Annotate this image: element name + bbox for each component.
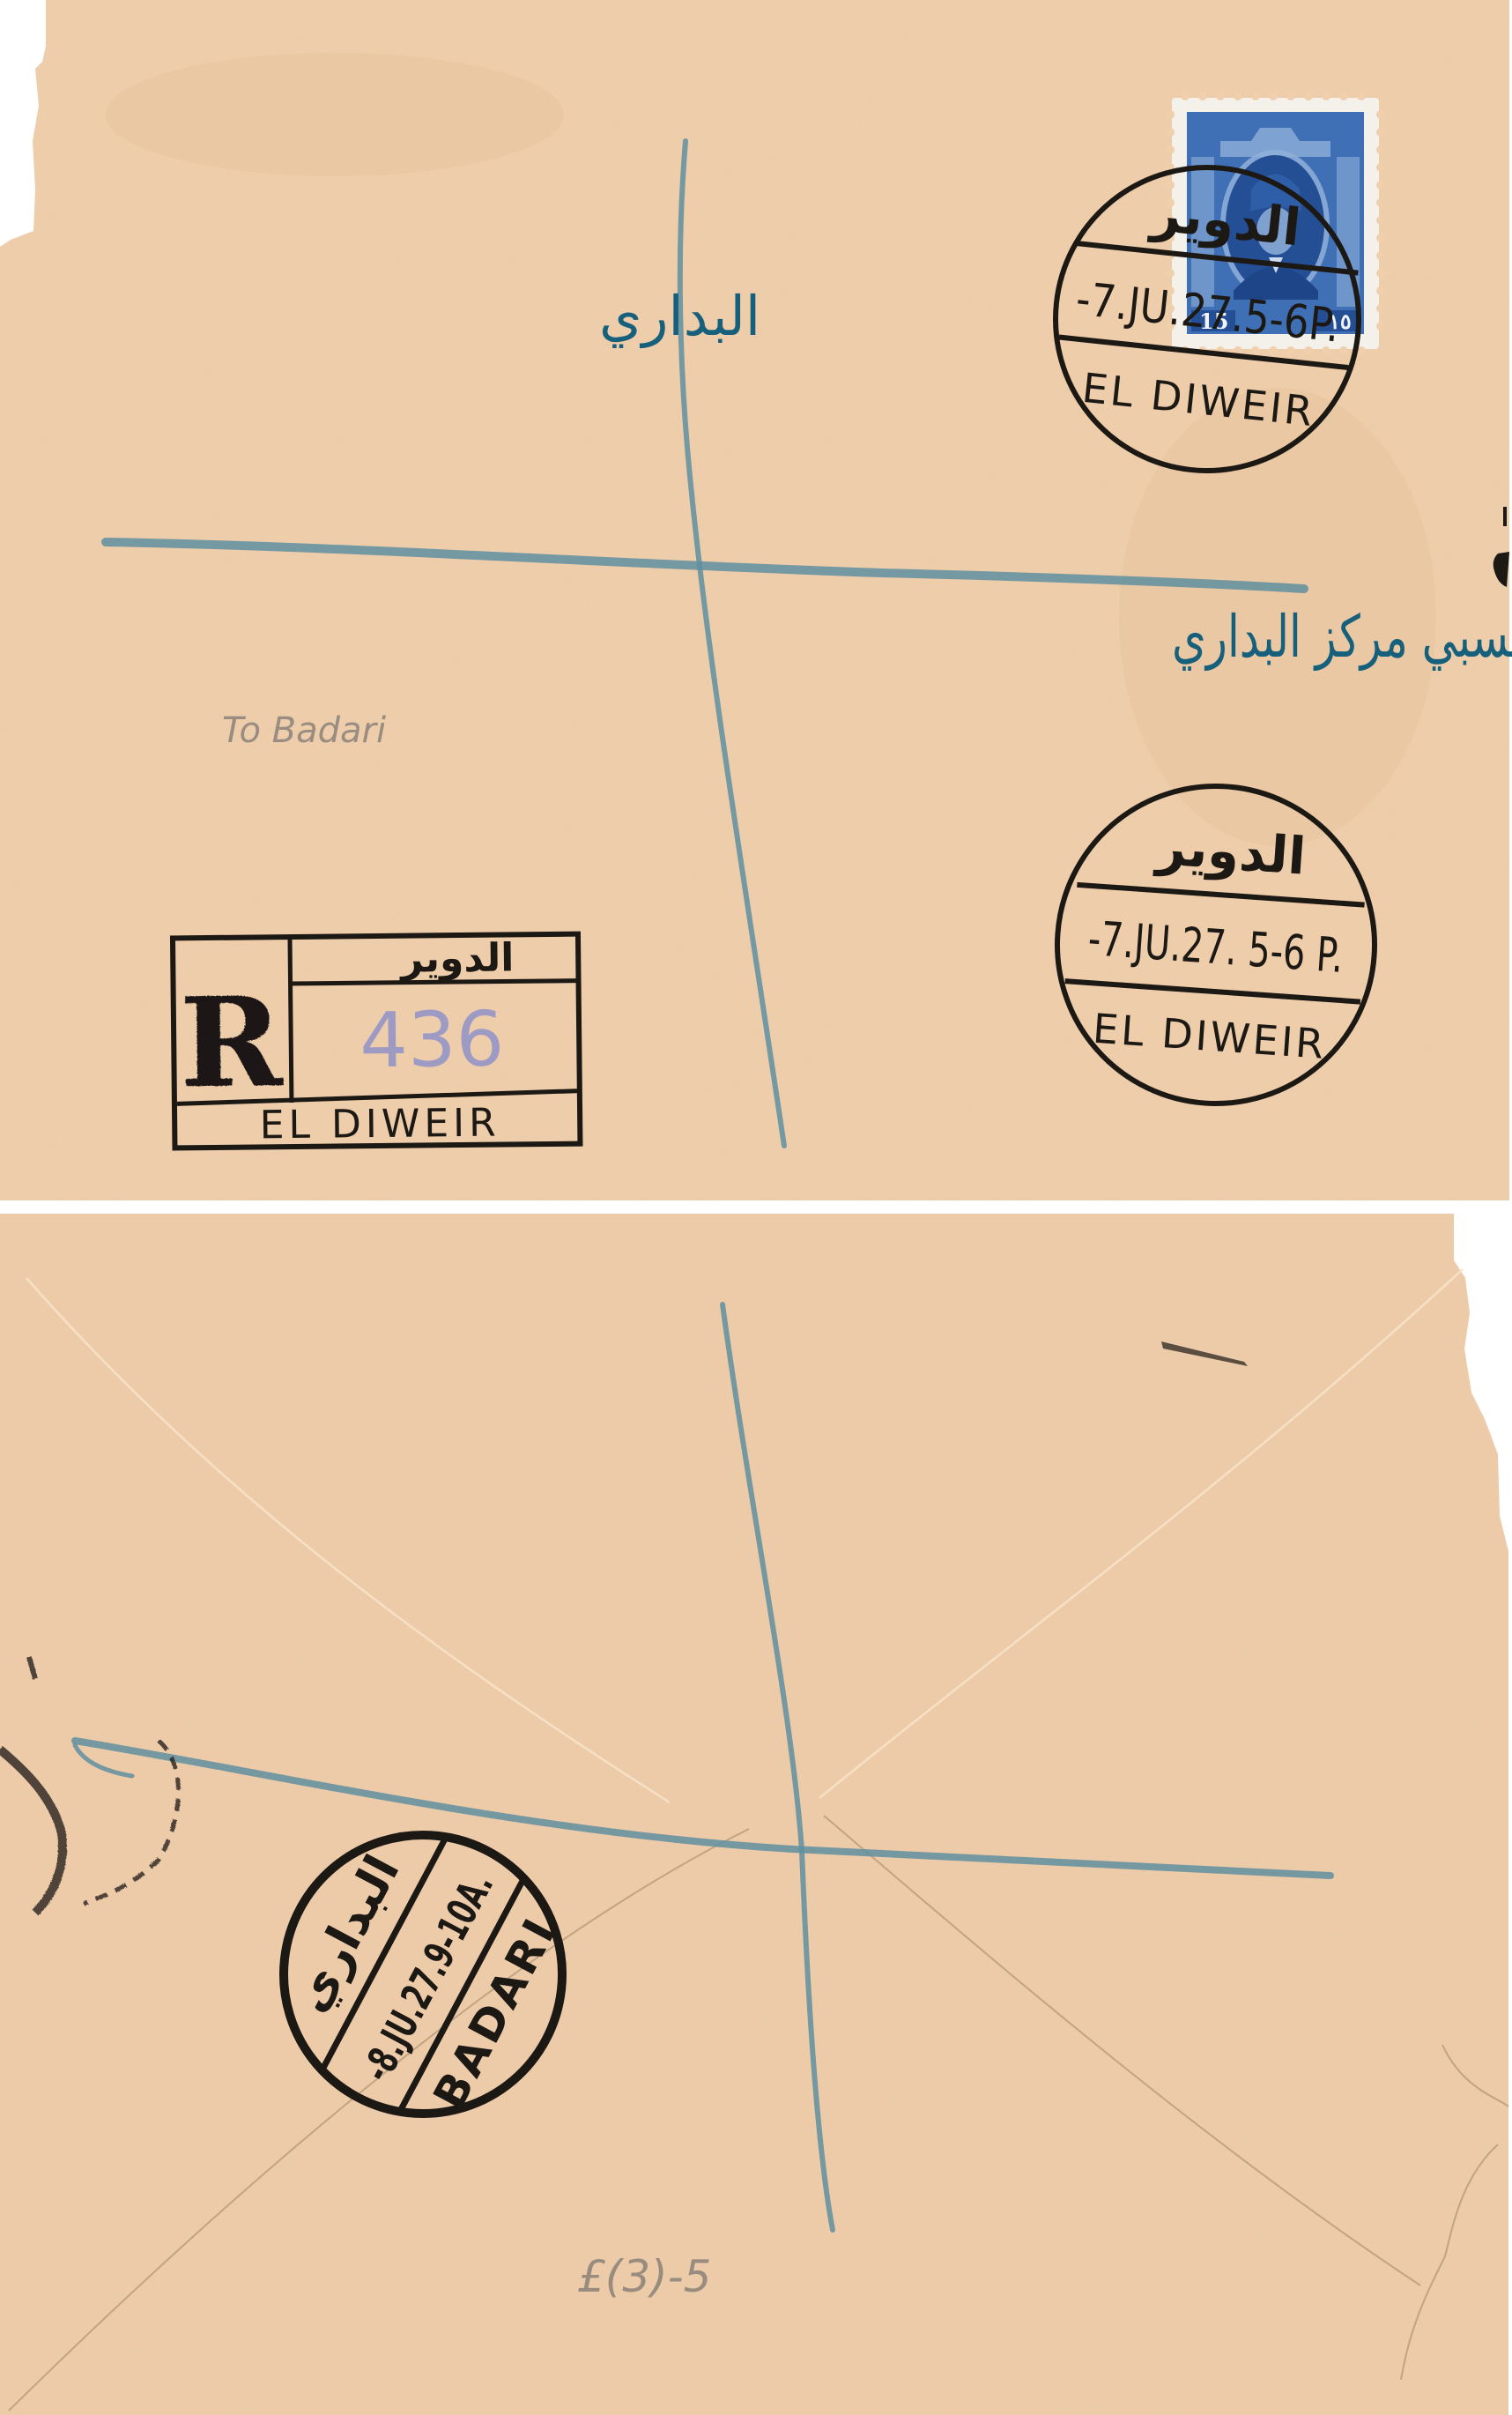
- registration-place: EL DIWEIR: [259, 1101, 500, 1148]
- registration-arabic: الدوير: [399, 935, 515, 981]
- pencil-note-price: £(3)-5: [577, 2251, 712, 2302]
- destination-heading: البداري: [599, 284, 760, 349]
- address-line: حضرة صاحب العزة رئيس مجلس حسبي مركز البد…: [1172, 603, 1512, 672]
- pencil-note-to-badari: To Badari: [222, 710, 386, 751]
- envelope-front: البداري حضرة صاحب العزة رئيس مجلس حسبي م…: [0, 0, 1512, 1200]
- cover-scan: البداري حضرة صاحب العزة رئيس مجلس حسبي م…: [0, 0, 1512, 2415]
- registration-number: 436: [359, 995, 505, 1085]
- postmark-arabic: الدوير: [1153, 816, 1308, 888]
- registration-letter: R: [179, 970, 285, 1116]
- envelope-back: البداري -8.JU.27.9-10A. BADARI £(3)-5: [0, 1214, 1508, 2415]
